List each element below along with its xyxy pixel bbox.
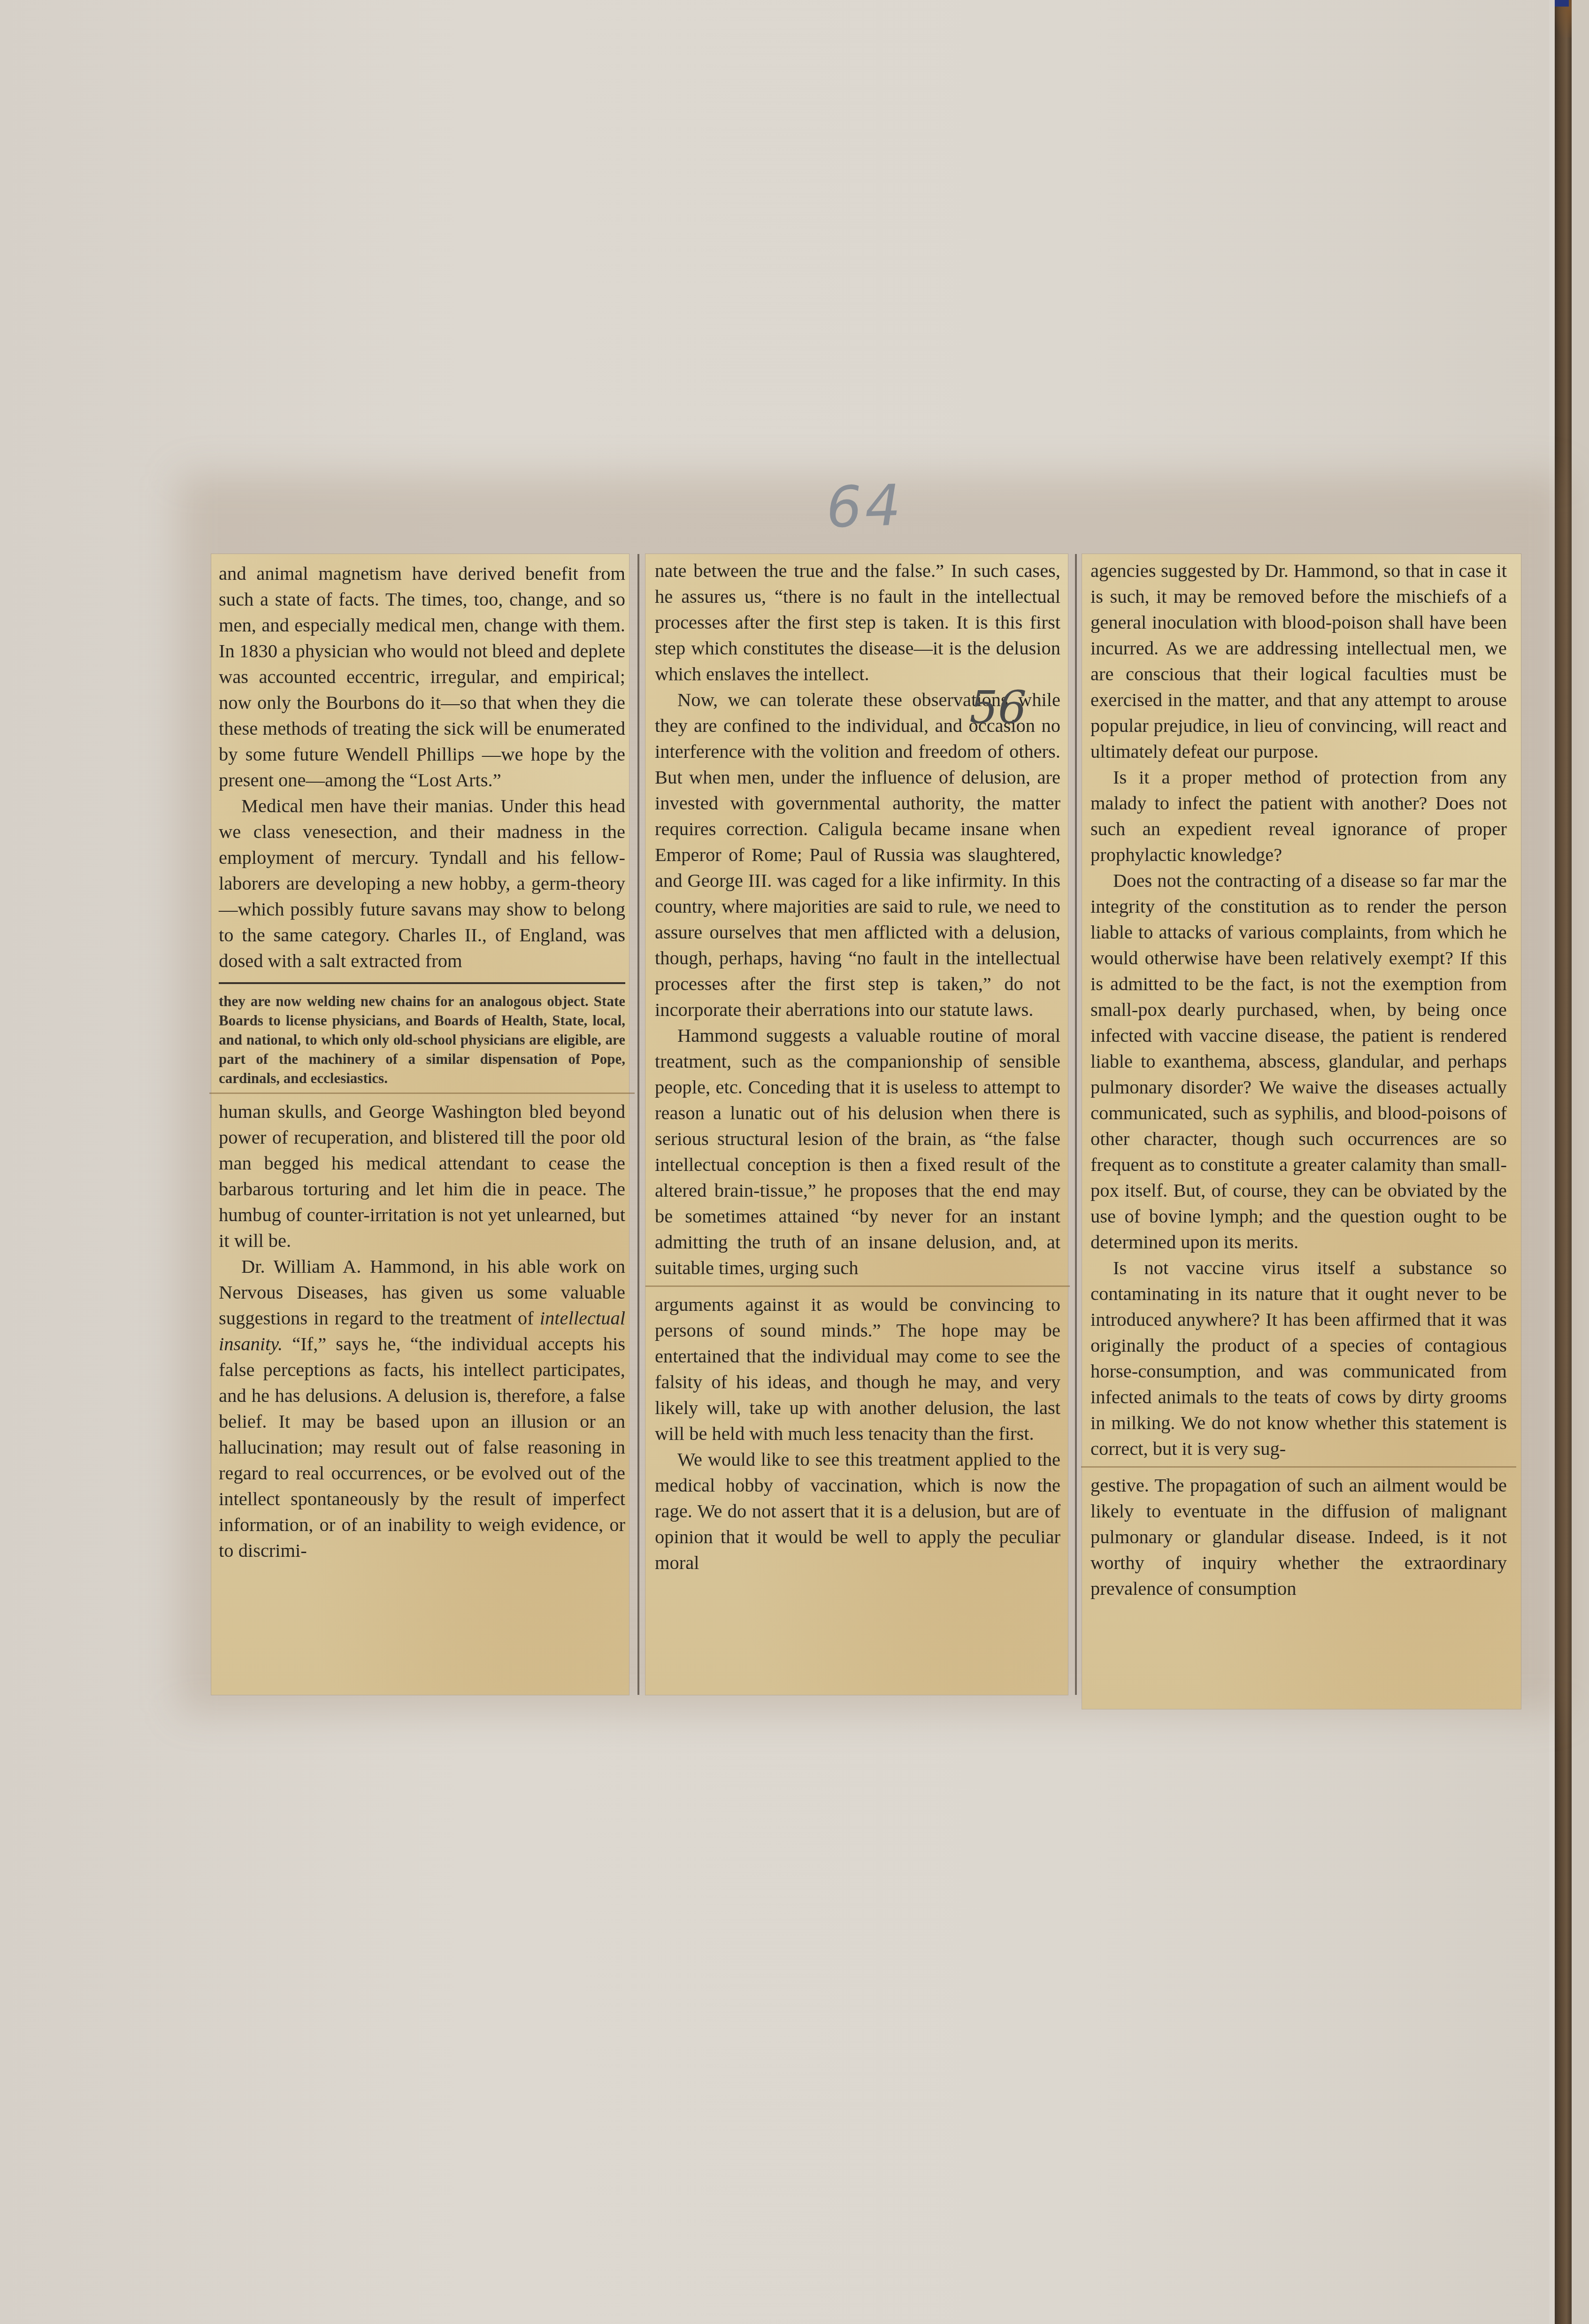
clipping-seam <box>209 1093 635 1094</box>
facing-page-edge <box>1572 0 1589 2324</box>
paragraph: arguments against it as would be convinc… <box>655 1292 1060 1447</box>
clipping-column-2: nate between the true and the false.” In… <box>645 554 1068 1695</box>
paragraph: human skulls, and George Washington bled… <box>219 1099 625 1254</box>
paragraph: Dr. William A. Hammond, in his able work… <box>219 1254 625 1563</box>
footnote-rule <box>219 982 625 984</box>
paragraph: and animal magnetism have derived benefi… <box>219 561 625 793</box>
paragraph: Now, we can tolerate these observations … <box>655 687 1060 1023</box>
footnote-text: they are now welding new chains for an a… <box>219 992 625 1088</box>
paragraph: agencies suggested by Dr. Hammond, so th… <box>1090 558 1507 764</box>
paragraph: Does not the contracting of a disease so… <box>1090 868 1507 1255</box>
paragraph: gestive. The propagation of such an ailm… <box>1090 1472 1507 1601</box>
column-divider <box>637 554 639 1695</box>
paragraph: nate between the true and the false.” In… <box>655 558 1060 687</box>
paragraph: We would like to see this treatment appl… <box>655 1447 1060 1576</box>
column-divider <box>1075 554 1077 1695</box>
blue-tab-marker <box>1555 0 1569 7</box>
newspaper-clipping: and animal magnetism have derived benefi… <box>211 554 1521 1695</box>
paragraph: Is not vaccine virus itself a substance … <box>1090 1255 1507 1462</box>
paragraph: Is it a proper method of protection from… <box>1090 764 1507 868</box>
handwritten-clipping-number: 56 <box>969 695 1027 721</box>
clipping-column-1: and animal magnetism have derived benefi… <box>211 554 629 1695</box>
paragraph: Hammond suggests a valuable routine of m… <box>655 1023 1060 1281</box>
paragraph: Medical men have their manias. Under thi… <box>219 793 625 974</box>
handwritten-page-number: 64 <box>825 473 905 541</box>
clipping-column-3: agencies suggested by Dr. Hammond, so th… <box>1082 554 1521 1709</box>
clipping-seam <box>645 1285 1070 1287</box>
clipping-seam <box>1081 1466 1516 1468</box>
paragraph-text: “If,” says he, “the individual accepts h… <box>219 1333 625 1561</box>
